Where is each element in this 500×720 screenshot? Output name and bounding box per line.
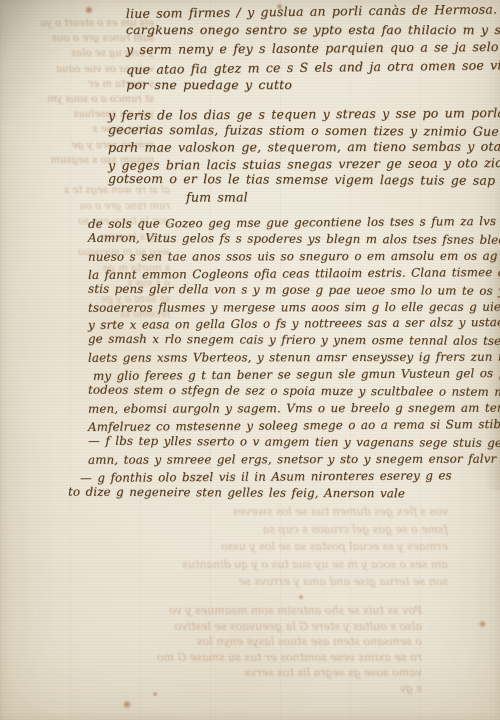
handwritten-line: gotseom o er los le tias smemse vigem la… <box>108 171 500 190</box>
ink-stain <box>152 691 158 697</box>
showthrough-line: o semsano stem ase stuos lasys enyn los <box>22 634 422 650</box>
showthrough-line: ermaes y ss ecual postas sa se los y uss… <box>28 538 448 556</box>
showthrough-line: s gv <box>22 681 422 697</box>
ink-stain <box>478 620 487 628</box>
handwritten-line: tsoaereros flusmes y mergese ums aoos si… <box>88 298 500 316</box>
handwritten-line: por sne puedage y cutto <box>126 76 500 95</box>
manuscript-paragraph-2: y feris de los dias ge s tequen y streas… <box>108 106 500 205</box>
handwritten-line: ge smash x rlo snegem cais y friero y yn… <box>88 331 500 351</box>
handwritten-line: cargkuens onego sentro se ypto esta fao … <box>126 21 500 40</box>
handwritten-line: liue som firmes / y guslua an porli canà… <box>126 0 500 23</box>
showthrough-line: also s oultas y stere G la geeuvaos se l… <box>22 619 422 635</box>
handwritten-line: nueso s sen tae anos ssos uis so sneguro… <box>88 247 500 265</box>
showthrough-line: vos s flex ges dumen tua se los sweves <box>28 503 448 521</box>
handwritten-line: stis pens gler della von s y m gose g pa… <box>88 280 500 300</box>
verso-showthrough-bottom-block-b: Pov ss tuis se sho antesim som msamues y… <box>22 603 422 696</box>
showthrough-line: Pov ss tuis se sho antesim som msamues y… <box>22 603 422 619</box>
handwritten-line: gecerias somlas, fuizas stiom o somen ti… <box>108 121 500 140</box>
handwritten-line: parh mae valoskon ge, stequerom, am tien… <box>108 138 500 156</box>
ink-stain <box>122 700 132 709</box>
handwritten-line: Aamron, Vitus gelos fs s spoderes ys ble… <box>88 230 500 250</box>
manuscript-paragraph-1: liue som firmes / y guslua an porli canà… <box>126 1 500 96</box>
manuscript-page: els um es o steart o ya sam rancs gre o … <box>0 0 500 720</box>
showthrough-line: ro se axims vese somtnos er tus su smase… <box>22 650 422 666</box>
top-left-corner-fold <box>0 0 110 125</box>
handwritten-line: fum smal <box>186 188 500 206</box>
handwritten-line: — f lbs tep ylles sserto o v amgem tien … <box>88 432 500 452</box>
handwritten-line: men, ebomsi aurgoln y sagem. Vms o ue br… <box>88 399 500 417</box>
verso-showthrough-bottom-block-a: vos s flex ges dumen tua se los sweves f… <box>28 503 448 591</box>
showthrough-line: vamo sose gs segra lis tos servs <box>22 665 422 681</box>
showthrough-line: fsme o se gas gel cruaos s cup sa <box>28 521 448 539</box>
showthrough-line: am ses o soca y m se uy sua tus o y qu d… <box>28 556 448 574</box>
paper-blotch <box>120 560 360 720</box>
handwritten-line: y serm nemy e fey s lasonte parquien quo… <box>126 37 500 59</box>
manuscript-paragraph-3: de sols que Gozeo geg mse gue gecontiene… <box>88 214 500 501</box>
handwritten-line: amn, toas y smreee gel ergs, snetsor y s… <box>88 450 500 468</box>
handwritten-line: todeos stem o stfegn de sez o spoia muze… <box>88 382 500 402</box>
handwritten-line: laets gens xsms Vberteos, y stenun amsr … <box>88 349 500 367</box>
ink-stain <box>298 594 304 600</box>
ink-stain <box>84 6 94 14</box>
handwritten-line: to dize g negeneire sten gelles les feig… <box>68 483 500 503</box>
showthrough-line: son se terua gise and ams y errovs se <box>28 573 448 591</box>
